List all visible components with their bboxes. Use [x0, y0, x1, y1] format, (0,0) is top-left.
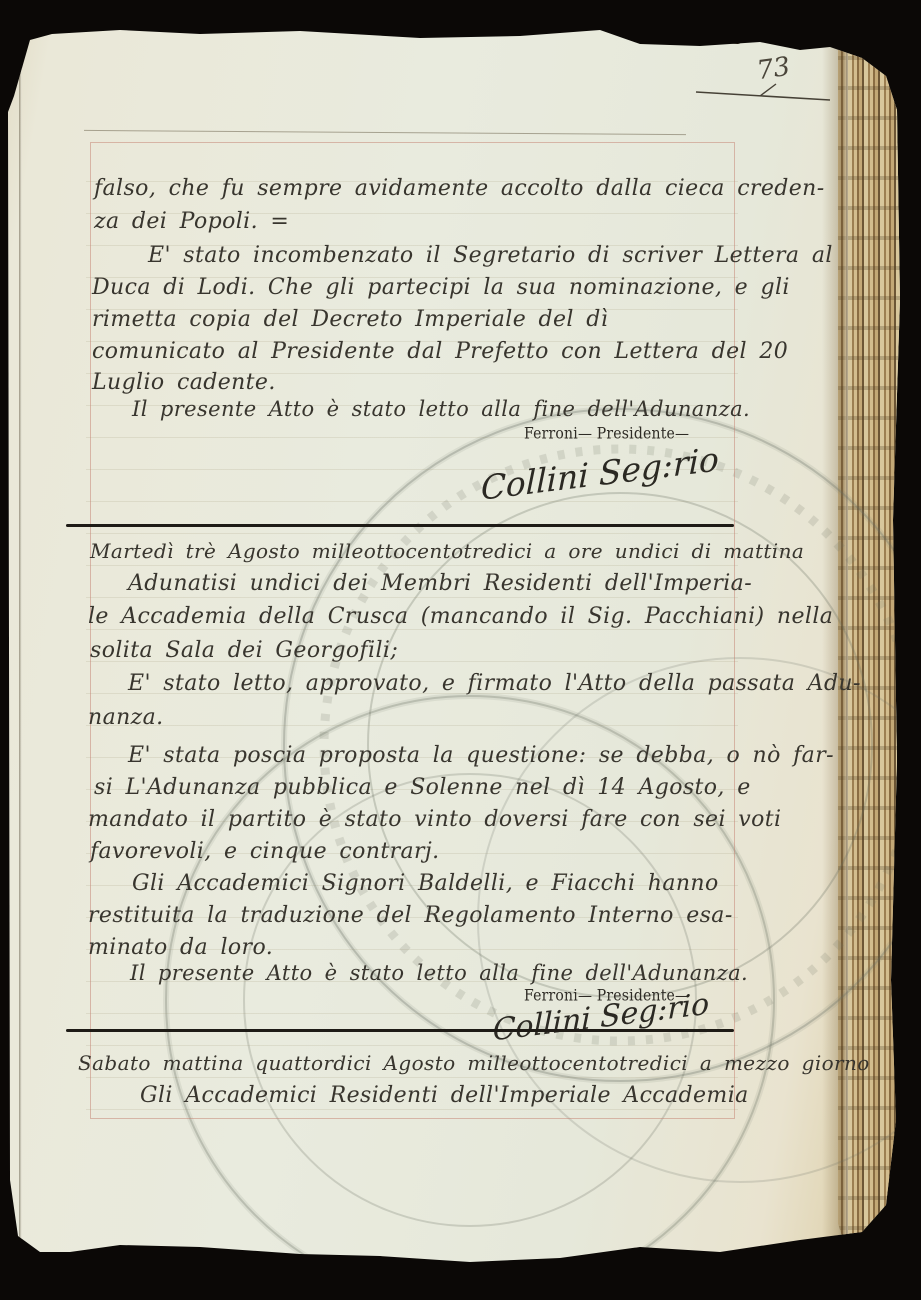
manuscript-line: solita Sala dei Georgofili; — [90, 640, 398, 662]
section-divider-rule — [66, 524, 734, 527]
manuscript-line: Luglio cadente. — [92, 372, 276, 394]
manuscript-line: Il presente Atto è stato letto alla fine… — [132, 399, 750, 420]
manuscript-line: E' stato letto, approvato, e firmato l'A… — [128, 673, 861, 695]
manuscript-line: E' stato incombenzato il Segretario di s… — [148, 245, 833, 267]
manuscript-page: 73 falso, che fu sempre avidamente accol… — [0, 0, 921, 1300]
manuscript-line: E' stata poscia proposta la questione: s… — [128, 745, 834, 767]
pencil-guide-line — [84, 130, 686, 135]
top-edge-debris — [698, 35, 742, 44]
scanned-book-photo: 73 falso, che fu sempre avidamente accol… — [0, 0, 921, 1300]
manuscript-line: si L'Adunanza pubblica e Solenne nel dì … — [94, 777, 751, 799]
top-edge-debris — [652, 31, 680, 42]
signature-president: Ferroni— Presidente— — [524, 425, 689, 443]
manuscript-line: le Accademia della Crusca (mancando il S… — [88, 606, 833, 628]
manuscript-line: comunicato al Presidente dal Prefetto co… — [92, 341, 788, 363]
manuscript-line: Gli Accademici Residenti dell'Imperiale … — [140, 1085, 749, 1107]
manuscript-line: Martedì trè Agosto milleottocentotredici… — [90, 541, 804, 561]
manuscript-line: nanza. — [88, 707, 164, 729]
manuscript-line: falso, che fu sempre avidamente accolto … — [94, 178, 825, 200]
manuscript-line: favorevoli, e cinque contrarj. — [90, 841, 440, 863]
manuscript-line: za dei Popoli. = — [94, 211, 289, 233]
manuscript-line: Adunatisi undici dei Membri Residenti de… — [128, 573, 752, 595]
manuscript-line: mandato il partito è stato vinto doversi… — [88, 809, 781, 831]
binding-crease — [19, 34, 22, 1252]
manuscript-line: rimetta copia del Decreto Imperiale del … — [92, 309, 608, 331]
manuscript-line: Gli Accademici Signori Baldelli, e Fiacc… — [132, 873, 719, 895]
page-number-flourish — [690, 78, 840, 108]
manuscript-line: restituita la traduzione del Regolamento… — [88, 905, 733, 927]
manuscript-line: Sabato mattina quattordici Agosto milleo… — [78, 1053, 870, 1073]
manuscript-line: Duca di Lodi. Che gli partecipi la sua n… — [92, 277, 790, 299]
manuscript-line: minato da loro. — [88, 937, 273, 959]
section-divider-rule — [66, 1029, 734, 1032]
manuscript-line: Il presente Atto è stato letto alla fine… — [130, 963, 748, 984]
